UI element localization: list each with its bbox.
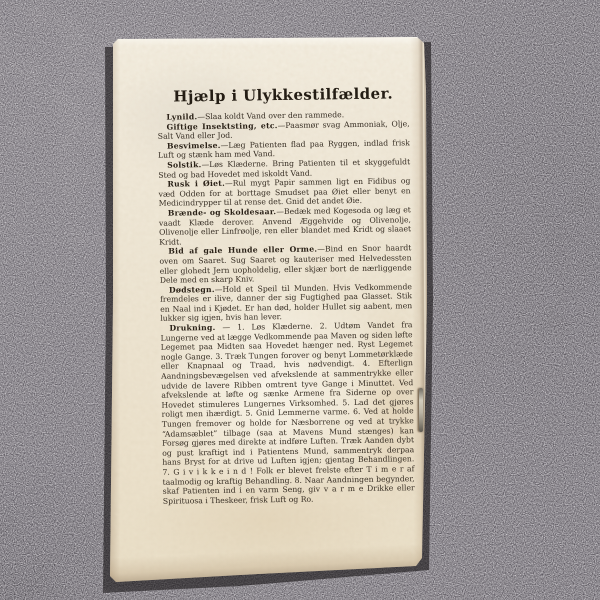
booklet-paragraph: Drukning. — 1. Løs Klæderne. 2. Udtøm Va… [160, 320, 415, 506]
page-text: Hjælp i Ulykkestilfælder. Lynild.—Slaa k… [157, 84, 415, 506]
page-title: Hjælp i Ulykkestilfælder. [157, 84, 409, 107]
booklet-paragraph: Rusk i Øiet.—Rul mygt Papir sammen ligt … [158, 176, 410, 208]
photo-scene: { "scene": { "background_material": "gra… [0, 0, 600, 600]
booklet-paragraph: Dødstegn.—Hold et Speil til Munden. Hvis… [160, 282, 413, 324]
staple-icon [419, 388, 423, 432]
paragraph-list: Lynild.—Slaa koldt Vand over den rammede… [157, 109, 414, 506]
booklet-paragraph: Bid af gale Hunde eller Orme.—Bind en Sn… [159, 244, 412, 286]
paper-edge-top [112, 37, 427, 46]
booklet-paragraph: Brænde- og Skoldesaar.—Bedæk med Kogesod… [159, 205, 412, 247]
booklet-page: Hjælp i Ulykkestilfælder. Lynild.—Slaa k… [0, 0, 600, 600]
